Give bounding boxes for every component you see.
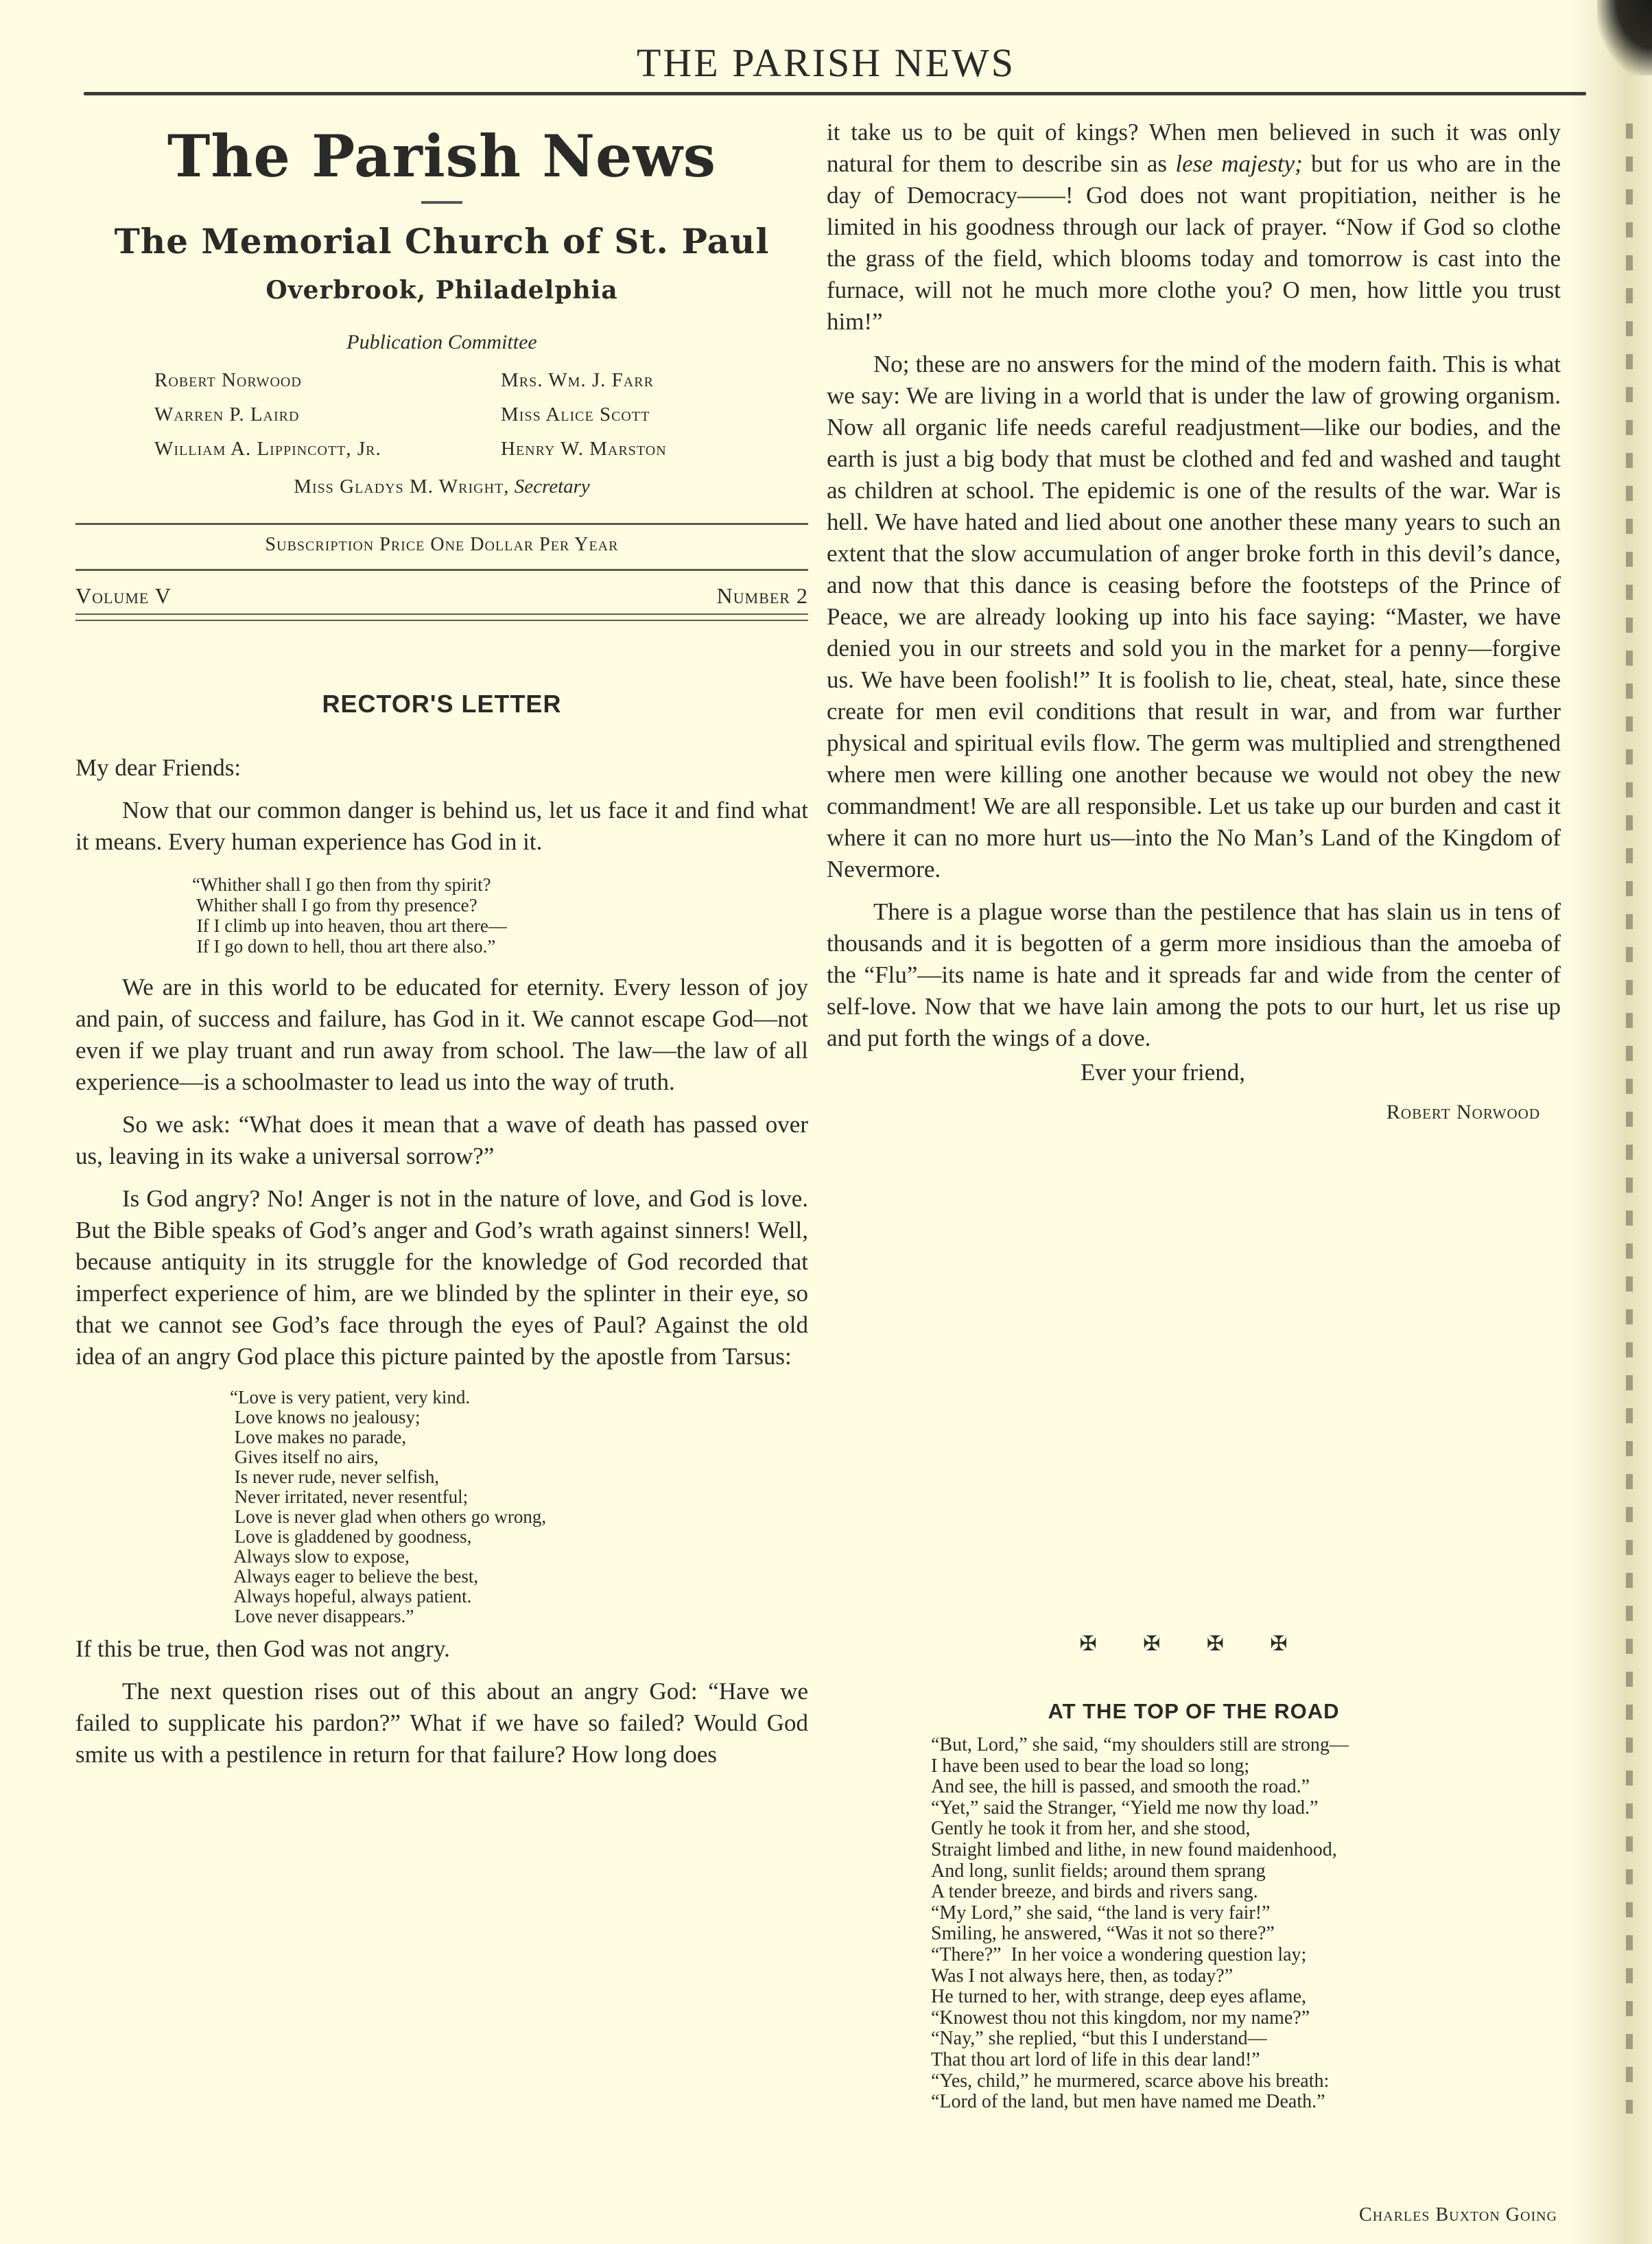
- maltese-cross-icon: ✠ ✠ ✠ ✠: [1079, 1633, 1308, 1655]
- masthead-location: Overbrook, Philadelphia: [75, 276, 808, 305]
- paragraph: Now that our common danger is behind us,…: [75, 795, 808, 858]
- rector-letter-body-right: it take us to be quit of kings? When men…: [827, 117, 1561, 1128]
- paragraph: So we ask: “What does it mean that a wav…: [75, 1109, 808, 1172]
- publication-committee-label: Publication Committee: [75, 331, 808, 354]
- secretary-role: Secretary: [515, 476, 590, 498]
- header-rule: [84, 92, 1586, 95]
- paragraph-continued: it take us to be quit of kings? When men…: [827, 117, 1561, 338]
- committee-names: Robert Norwood Mrs. Wm. J. Farr Warren P…: [75, 369, 808, 472]
- section-ornaments: ✠ ✠ ✠ ✠: [827, 1632, 1561, 1656]
- closing: Ever your friend,: [827, 1057, 1561, 1088]
- paragraph: The next question rises out of this abou…: [75, 1676, 808, 1770]
- poem-author: Charles Buxton Going: [1359, 2204, 1557, 2226]
- double-rule-top: [75, 613, 808, 615]
- issue-number-label: Number 2: [717, 583, 808, 609]
- binding-stitch-marks: [1626, 124, 1633, 2114]
- psalm-quote: “Whither shall I go then from thy spirit…: [192, 874, 808, 957]
- masthead-rule: [75, 523, 808, 525]
- committee-secretary: Miss Gladys M. Wright, Secretary: [75, 476, 808, 498]
- salutation: My dear Friends:: [75, 752, 808, 784]
- committee-row: William A. Lippincott, Jr. Henry W. Mars…: [75, 438, 808, 472]
- committee-member: Henry W. Marston: [501, 438, 667, 460]
- masthead-church: The Memorial Church of St. Paul: [75, 221, 808, 261]
- committee-row: Warren P. Laird Miss Alice Scott: [75, 404, 808, 438]
- rector-letter-body-left: My dear Friends: Now that our common dan…: [75, 752, 808, 1770]
- double-rule-bottom: [75, 620, 808, 621]
- text-run: but for us who are in the day of Democra…: [827, 150, 1561, 335]
- letter-signature: Robert Norwood: [827, 1097, 1561, 1128]
- paragraph: We are in this world to be educated for …: [75, 972, 808, 1098]
- page-binding-edge: [1570, 0, 1652, 2244]
- masthead-title: The Parish News: [75, 122, 808, 190]
- volume-label: Volume V: [75, 583, 172, 609]
- masthead-dash: [421, 201, 462, 204]
- rector-letter-title: RECTOR'S LETTER: [75, 690, 808, 718]
- committee-member: William A. Lippincott, Jr.: [154, 438, 381, 460]
- poem-text: “But, Lord,” she said, “my shoulders sti…: [931, 1735, 1562, 2113]
- committee-member: Robert Norwood: [154, 369, 302, 392]
- poem-title: AT THE TOP OF THE ROAD: [827, 1699, 1561, 1724]
- masthead-rule: [75, 569, 808, 571]
- secretary-name: Miss Gladys M. Wright,: [294, 476, 509, 498]
- committee-member: Miss Alice Scott: [501, 404, 650, 426]
- subscription-price: Subscription Price One Dollar Per Year: [75, 534, 808, 556]
- paragraph: If this be true, then God was not angry.: [75, 1633, 808, 1665]
- running-head: THE PARISH NEWS: [0, 40, 1652, 86]
- italic-phrase: lese majesty;: [1175, 150, 1302, 177]
- committee-row: Robert Norwood Mrs. Wm. J. Farr: [75, 369, 808, 404]
- corinthians-quote: “Love is very patient, very kind. Love k…: [230, 1388, 808, 1626]
- paragraph: No; these are no answers for the mind of…: [827, 349, 1561, 885]
- magazine-page: THE PARISH NEWS The Parish News The Memo…: [0, 0, 1652, 2244]
- committee-member: Mrs. Wm. J. Farr: [501, 369, 654, 392]
- paragraph: There is a plague worse than the pestile…: [827, 896, 1561, 1054]
- committee-member: Warren P. Laird: [154, 404, 299, 426]
- paragraph: Is God angry? No! Anger is not in the na…: [75, 1183, 808, 1372]
